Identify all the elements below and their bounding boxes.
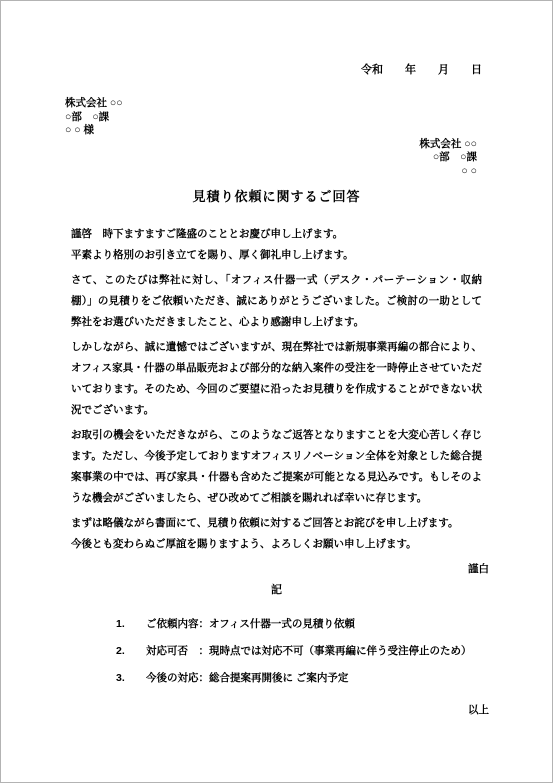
paragraph-future: お取引の機会をいただきながら、このようなご返答となりますことを大変心苦しく存じま… xyxy=(71,425,482,509)
greeting-line-2: 平素より格別のお引き立てを賜り、厚く御礼申し上げます。 xyxy=(71,245,482,266)
sender-person: ○ ○ xyxy=(1,165,477,179)
closing-paragraph: まずは略儀ながら書面にて、見積り依頼に対するご回答とお詫びを申し上げます。 今後… xyxy=(71,513,482,555)
sign-off: 謹白 xyxy=(1,559,552,580)
memo-list: 1.ご依頼内容：オフィス什器一式の見積り依頼 2.対応可否 ：現時点では対応不可… xyxy=(1,611,552,692)
end-mark: 以上 xyxy=(1,700,552,721)
letter-page: 令和 年 月 日 株式会社 ○○ ○部 ○課 ○ ○ 様 株式会社 ○○ ○部 … xyxy=(0,0,553,783)
sender-department: ○部 ○課 xyxy=(1,151,477,165)
letter-body: 謹啓 時下ますますご隆盛のこととお慶び申し上げます。 平素より格別のお引き立てを… xyxy=(1,224,552,555)
document-title: 見積り依頼に関するご回答 xyxy=(1,188,552,206)
memo-item-number: 3. xyxy=(116,665,146,692)
memo-item-text: 対応可否 ：現時点では対応不可（事業再編に伴う受注停止のため） xyxy=(146,645,472,657)
recipient-company: 株式会社 ○○ xyxy=(65,97,552,111)
memo-item: 1.ご依頼内容：オフィス什器一式の見積り依頼 xyxy=(116,611,552,638)
closing-line-2: 今後とも変わらぬご厚誼を賜りますよう、よろしくお願い申し上げます。 xyxy=(71,534,482,555)
memo-item-number: 1. xyxy=(116,611,146,638)
memo-item: 3.今後の対応：総合提案再開後に ご案内予定 xyxy=(116,665,552,692)
paragraph-decline: しかしながら、誠に遺憾ではございますが、現在弊社では新規事業再編の都合により、オ… xyxy=(71,337,482,421)
sender-company: 株式会社 ○○ xyxy=(1,138,477,152)
date-field: 令和 年 月 日 xyxy=(1,63,552,77)
memo-item-text: ご依頼内容：オフィス什器一式の見積り依頼 xyxy=(146,618,355,630)
greeting-line-1: 謹啓 時下ますますご隆盛のこととお慶び申し上げます。 xyxy=(71,224,482,245)
recipient-person: ○ ○ 様 xyxy=(65,124,552,138)
memo-item: 2.対応可否 ：現時点では対応不可（事業再編に伴う受注停止のため） xyxy=(116,638,552,665)
sender-block: 株式会社 ○○ ○部 ○課 ○ ○ xyxy=(1,138,552,179)
address-block: 株式会社 ○○ ○部 ○課 ○ ○ 様 株式会社 ○○ ○部 ○課 ○ ○ xyxy=(1,97,552,178)
closing-line-1: まずは略儀ながら書面にて、見積り依頼に対するご回答とお詫びを申し上げます。 xyxy=(71,513,482,534)
greeting-paragraph: 謹啓 時下ますますご隆盛のこととお慶び申し上げます。 平素より格別のお引き立てを… xyxy=(71,224,482,266)
memo-heading: 記 xyxy=(1,580,552,601)
memo-item-text: 今後の対応：総合提案再開後に ご案内予定 xyxy=(146,672,348,684)
recipient-block: 株式会社 ○○ ○部 ○課 ○ ○ 様 xyxy=(1,97,552,138)
paragraph-request: さて、このたびは弊社に対し、「オフィス什器一式（デスク・パーテーション・収納棚）… xyxy=(71,270,482,333)
memo-item-number: 2. xyxy=(116,638,146,665)
recipient-department: ○部 ○課 xyxy=(65,111,552,125)
